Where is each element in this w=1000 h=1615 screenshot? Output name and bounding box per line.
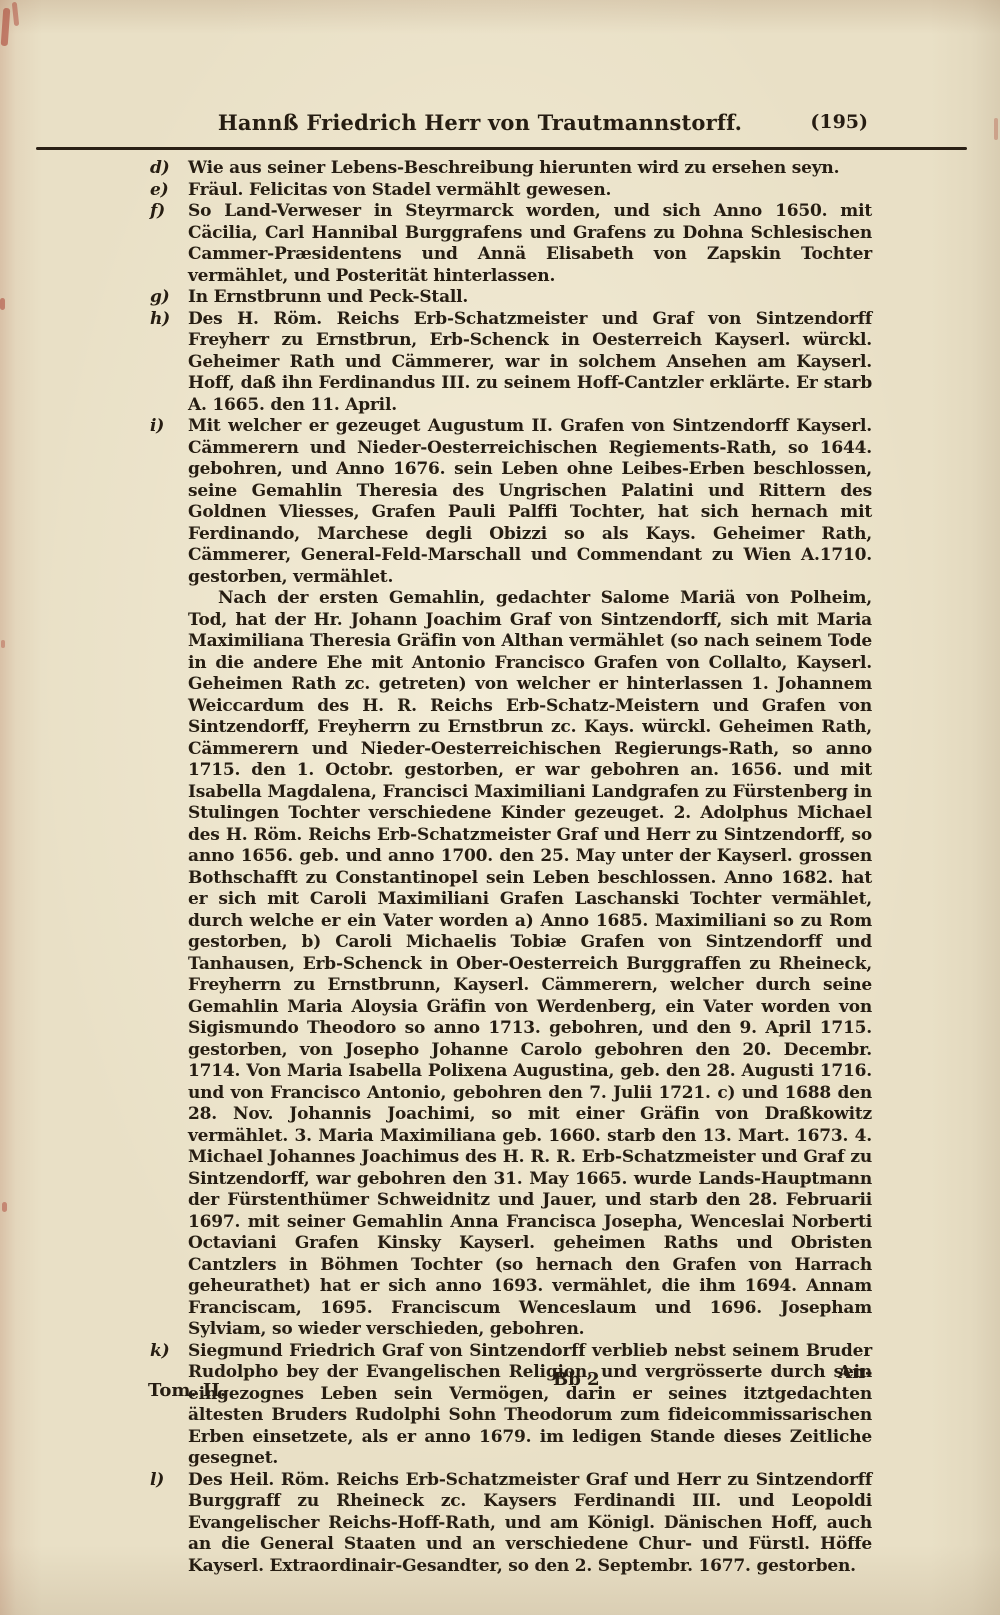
- footnote-text: Fräul. Felicitas von Stadel vermählt gew…: [188, 180, 872, 202]
- volume-label: Tom. II.: [148, 1380, 226, 1401]
- scan-stain: [994, 118, 998, 140]
- header-rule: [36, 147, 967, 150]
- footnote-text: Des Heil. Röm. Reichs Erb-Schatzmeister …: [188, 1470, 872, 1578]
- scan-stain: [2, 1202, 7, 1212]
- page-header: Hannß Friedrich Herr von Trautmannstorff…: [148, 110, 872, 140]
- footnotes-block: d) Wie aus seiner Lebens-Beschreibung hi…: [148, 158, 872, 1577]
- footnote-label: g): [148, 287, 188, 309]
- footnote-k: k) Siegmund Friedrich Graf von Sintzendo…: [148, 1341, 872, 1470]
- footnote-text: Des H. Röm. Reichs Erb-Schatzmeister und…: [188, 309, 872, 417]
- footnote-label: k): [148, 1341, 188, 1363]
- footnote-d: d) Wie aus seiner Lebens-Beschreibung hi…: [148, 158, 872, 180]
- footnote-text: Wie aus seiner Lebens-Beschreibung hieru…: [188, 158, 872, 180]
- footnote-text: In Ernstbrunn und Peck-Stall.: [188, 287, 872, 309]
- footnote-label: e): [148, 180, 188, 202]
- footnote-h: h) Des H. Röm. Reichs Erb-Schatzmeister …: [148, 309, 872, 417]
- page-number: (195): [810, 111, 868, 133]
- footnote-label: f): [148, 201, 188, 223]
- footnote-l: l) Des Heil. Röm. Reichs Erb-Schatzmeist…: [148, 1470, 872, 1578]
- scan-stain: [1, 8, 11, 46]
- footnote-text: So Land-Verweser in Steyrmarck worden, u…: [188, 201, 872, 287]
- footnote-f: f) So Land-Verweser in Steyrmarck worden…: [148, 201, 872, 287]
- footnote-paragraph: Mit welcher er gezeuget Augustum II. Gra…: [188, 416, 872, 588]
- footnote-label: i): [148, 416, 188, 438]
- catchword: An-: [838, 1362, 873, 1383]
- footnote-text: Mit welcher er gezeuget Augustum II. Gra…: [188, 416, 872, 1341]
- footnote-text: Siegmund Friedrich Graf von Sintzendorff…: [188, 1341, 872, 1470]
- footnote-paragraph: Nach der ersten Gemahlin, gedachter Salo…: [188, 588, 872, 1341]
- footnote-label: l): [148, 1470, 188, 1492]
- running-title: Hannß Friedrich Herr von Trautmannstorff…: [148, 110, 812, 135]
- scan-stain: [0, 298, 5, 310]
- gathering-signature: Bb 2: [553, 1369, 600, 1390]
- footnote-label: d): [148, 158, 188, 180]
- footnote-label: h): [148, 309, 188, 331]
- book-page-scan: Hannß Friedrich Herr von Trautmannstorff…: [0, 0, 1000, 1615]
- scan-stain: [1, 640, 5, 648]
- scan-stain: [12, 2, 19, 26]
- footnote-i: i) Mit welcher er gezeuget Augustum II. …: [148, 416, 872, 1341]
- footnote-g: g) In Ernstbrunn und Peck-Stall.: [148, 287, 872, 309]
- footnote-e: e) Fräul. Felicitas von Stadel vermählt …: [148, 180, 872, 202]
